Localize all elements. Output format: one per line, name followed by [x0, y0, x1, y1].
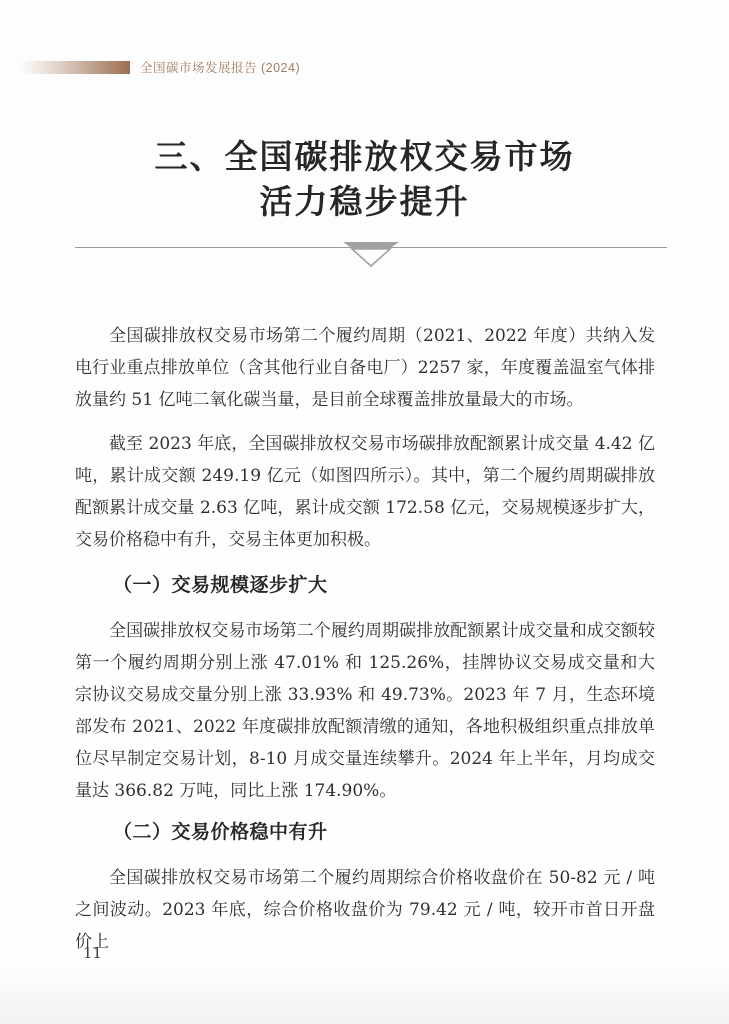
- page-number: 11: [83, 944, 102, 962]
- chapter-title-line2: 活力稳步提升: [0, 179, 729, 224]
- section-heading-1: （一）交易规模逐步扩大: [75, 570, 655, 600]
- page-body: 全国碳排放权交易市场第二个履约周期（2021、2022 年度）共纳入发电行业重点…: [75, 320, 655, 958]
- report-title: 全国碳市场发展报告 (2024): [140, 59, 300, 77]
- paragraph-market-overview: 全国碳排放权交易市场第二个履约周期（2021、2022 年度）共纳入发电行业重点…: [75, 320, 655, 416]
- running-header: 全国碳市场发展报告 (2024): [20, 56, 709, 80]
- paragraph-trading-scale: 全国碳排放权交易市场第二个履约周期碳排放配额累计成交量和成交额较第一个履约周期分…: [75, 615, 655, 807]
- chapter-title: 三、全国碳排放权交易市场 活力稳步提升: [0, 134, 729, 224]
- chapter-title-line1: 三、全国碳排放权交易市场: [0, 134, 729, 179]
- report-page: 全国碳市场发展报告 (2024) 三、全国碳排放权交易市场 活力稳步提升 全国碳…: [0, 0, 729, 1024]
- section-heading-2: （二）交易价格稳中有升: [75, 817, 655, 847]
- title-divider: [75, 240, 667, 270]
- divider-triangle-icon: [342, 240, 400, 268]
- header-gradient-bar: [20, 61, 130, 74]
- paragraph-cumulative-volume: 截至 2023 年底，全国碳排放权交易市场碳排放配额累计成交量 4.42 亿吨，…: [75, 428, 655, 556]
- paragraph-price-trend: 全国碳排放权交易市场第二个履约周期综合价格收盘价在 50-82 元 / 吨之间波…: [75, 862, 655, 958]
